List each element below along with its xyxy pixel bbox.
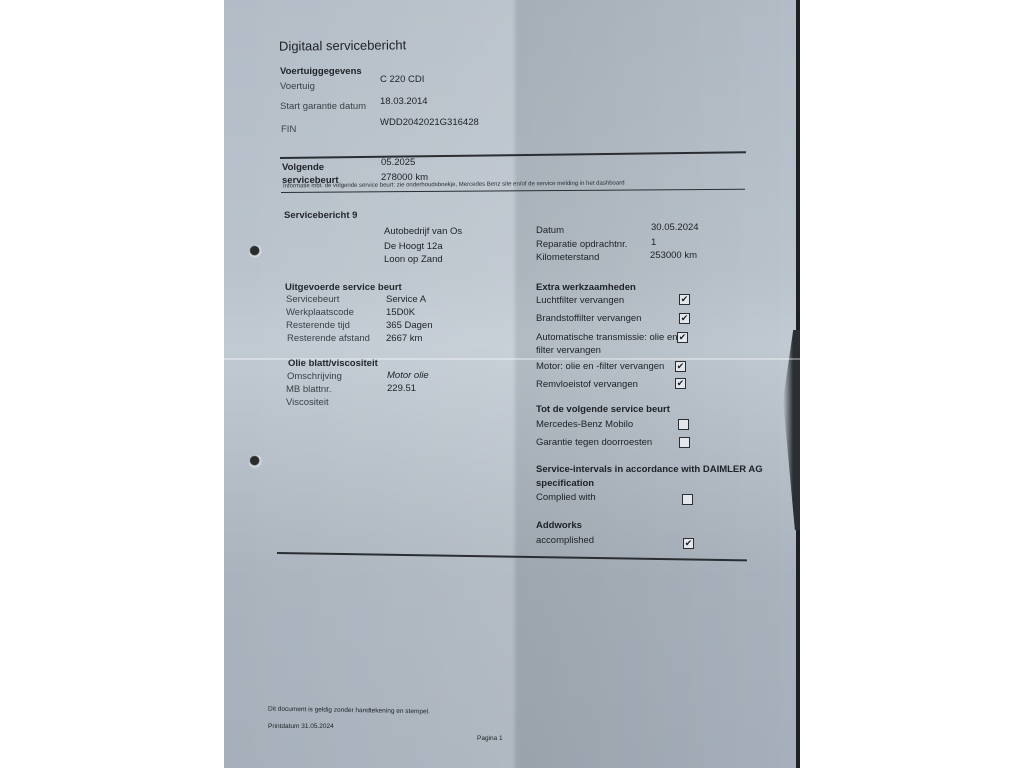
fuel-filter-checkbox[interactable]: ✔ bbox=[679, 313, 690, 324]
fin-label: FIN bbox=[281, 124, 296, 135]
remaining-time-value: 365 Dagen bbox=[386, 320, 432, 331]
rust-warranty-checkbox[interactable] bbox=[679, 437, 690, 448]
date-label: Datum bbox=[536, 225, 564, 236]
engine-oil-checkbox[interactable]: ✔ bbox=[675, 361, 686, 372]
mileage-label: Kilometerstand bbox=[536, 252, 599, 263]
service-type-label: Servicebeurt bbox=[286, 294, 339, 305]
complied-with-checkbox[interactable] bbox=[682, 494, 693, 505]
addworks-heading: Addworks bbox=[536, 520, 582, 531]
workshop-code-label: Werkplaatscode bbox=[286, 307, 354, 318]
mb-sheet-label: MB blattnr. bbox=[286, 384, 331, 395]
accomplished-checkbox[interactable]: ✔ bbox=[683, 538, 694, 549]
transmission-label-2: filter vervangen bbox=[536, 345, 601, 356]
remaining-distance-label: Resterende afstand bbox=[287, 333, 370, 344]
intervals-heading-1: Service-intervals in accordance with DAI… bbox=[536, 464, 763, 475]
date-value: 30.05.2024 bbox=[651, 222, 699, 233]
next-service-label-1: Volgende bbox=[282, 162, 324, 173]
engine-oil-label: Motor: olie en -filter vervangen bbox=[536, 361, 664, 372]
fin-value: WDD2042021G316428 bbox=[380, 117, 479, 128]
dealer-name: Autobedrijf van Os bbox=[384, 226, 462, 237]
vehicle-label: Voertuig bbox=[280, 81, 315, 92]
warranty-start-label: Start garantie datum bbox=[280, 101, 366, 112]
oil-description-label: Omschrijving bbox=[287, 371, 342, 382]
mileage-value: 253000 km bbox=[650, 250, 697, 261]
brake-fluid-checkbox[interactable]: ✔ bbox=[675, 378, 686, 389]
punch-hole-bottom bbox=[249, 455, 263, 469]
punch-hole-top bbox=[249, 245, 263, 259]
print-date: Printdatum 31.05.2024 bbox=[268, 723, 334, 730]
dealer-street: De Hoogt 12a bbox=[384, 241, 443, 252]
extra-work-heading: Extra werkzaamheden bbox=[536, 282, 636, 293]
warranty-start-value: 18.03.2014 bbox=[380, 96, 428, 107]
rust-warranty-label: Garantie tegen doorroesten bbox=[536, 437, 652, 448]
workshop-code-value: 15D0K bbox=[386, 307, 415, 318]
vehicle-heading: Voertuiggegevens bbox=[280, 66, 362, 77]
vehicle-value: C 220 CDI bbox=[380, 74, 424, 85]
order-number-value: 1 bbox=[651, 237, 656, 248]
accomplished-label: accomplished bbox=[536, 535, 594, 546]
viscosity-label: Viscositeit bbox=[286, 397, 329, 408]
page-number: Pagina 1 bbox=[477, 735, 503, 742]
air-filter-checkbox[interactable]: ✔ bbox=[679, 294, 690, 305]
mb-sheet-value: 229.51 bbox=[387, 383, 416, 394]
fuel-filter-label: Brandstoffilter vervangen bbox=[536, 313, 641, 324]
remaining-time-label: Resterende tijd bbox=[286, 320, 350, 331]
until-next-heading: Tot de volgende service beurt bbox=[536, 404, 670, 415]
performed-heading: Uitgevoerde service beurt bbox=[285, 282, 402, 293]
mobilo-checkbox[interactable] bbox=[678, 419, 689, 430]
mobilo-label: Mercedes-Benz Mobilo bbox=[536, 419, 633, 430]
dealer-city: Loon op Zand bbox=[384, 254, 443, 265]
intervals-heading-2: specification bbox=[536, 478, 594, 489]
next-service-date: 05.2025 bbox=[381, 157, 415, 168]
order-number-label: Reparatie opdrachtnr. bbox=[536, 239, 627, 250]
document-title: Digitaal servicebericht bbox=[279, 37, 406, 53]
transmission-label: Automatische transmissie: olie en - bbox=[536, 332, 683, 343]
oil-description-value: Motor olie bbox=[387, 370, 429, 381]
complied-with-label: Complied with bbox=[536, 492, 596, 503]
report-heading: Servicebericht 9 bbox=[284, 210, 357, 221]
transmission-checkbox[interactable]: ✔ bbox=[677, 332, 688, 343]
air-filter-label: Luchtfilter vervangen bbox=[536, 295, 624, 306]
brake-fluid-label: Remvloeistof vervangen bbox=[536, 379, 638, 390]
remaining-distance-value: 2667 km bbox=[386, 333, 422, 344]
oil-heading: Olie blatt/viscositeit bbox=[288, 358, 378, 369]
service-type-value: Service A bbox=[386, 294, 426, 305]
